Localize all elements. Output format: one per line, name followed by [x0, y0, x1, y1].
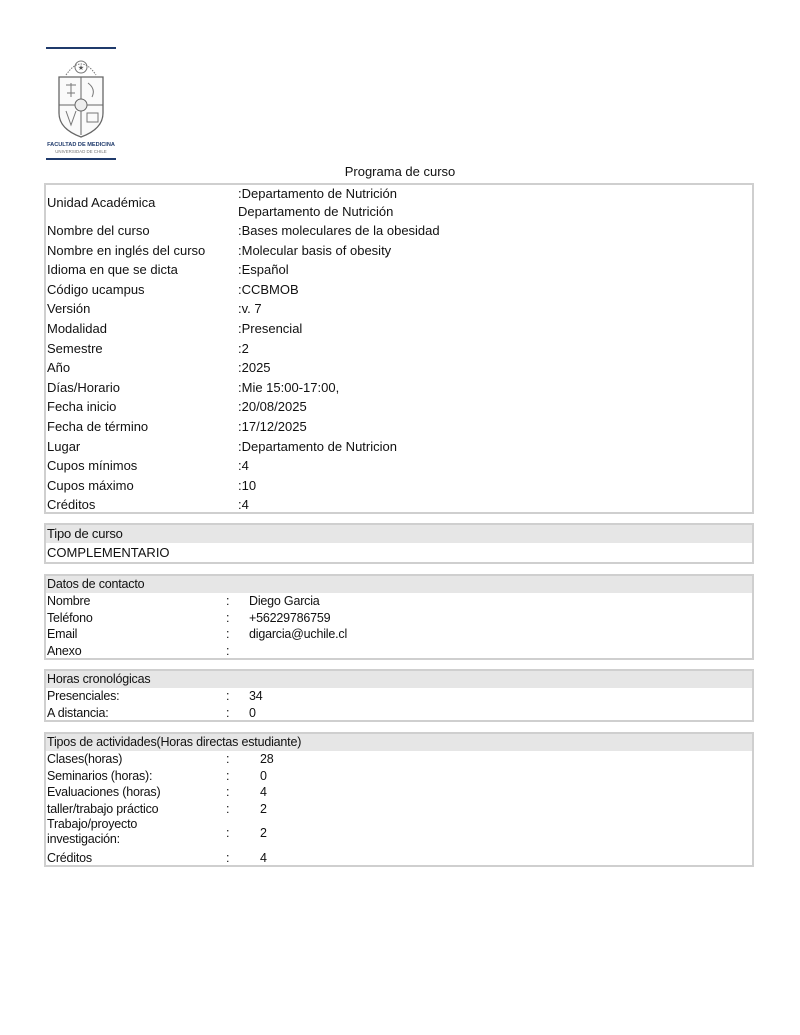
- course-type-value: COMPLEMENTARIO: [46, 543, 752, 562]
- table-row: Año:2025: [46, 358, 752, 378]
- field-label: Créditos: [47, 850, 92, 867]
- hours-section: Horas cronológicas Presenciales::34A dis…: [44, 669, 754, 722]
- section-header: Horas cronológicas: [46, 671, 752, 688]
- table-row: Evaluaciones (horas):4: [46, 784, 752, 801]
- field-value: :Mie 15:00-17:00,: [238, 378, 339, 398]
- field-label: Nombre del curso: [47, 221, 150, 241]
- field-value: :CCBMOB: [238, 280, 299, 300]
- field-label: Anexo: [47, 643, 81, 660]
- field-value: Diego Garcia: [249, 593, 320, 610]
- table-row: Nombre:Diego Garcia: [46, 593, 752, 610]
- field-value: 34: [249, 688, 263, 705]
- table-row: taller/trabajo práctico:2: [46, 801, 752, 818]
- table-row: Créditos:4: [46, 850, 752, 867]
- field-value: :20/08/2025: [238, 397, 307, 417]
- separator: :: [226, 610, 229, 627]
- field-label: Cupos mínimos: [47, 456, 137, 476]
- field-value: :Presencial: [238, 319, 302, 339]
- field-value: :2: [238, 339, 249, 359]
- separator: :: [226, 768, 229, 785]
- table-row: A distancia::0: [46, 705, 752, 722]
- field-value: :v. 7: [238, 299, 262, 319]
- field-label: Lugar: [47, 437, 80, 457]
- field-label: Email: [47, 626, 77, 643]
- field-value: 2: [260, 826, 267, 841]
- field-value: :4: [238, 495, 249, 515]
- separator: :: [226, 705, 229, 722]
- separator: :: [226, 688, 229, 705]
- table-row: Teléfono:+56229786759: [46, 610, 752, 627]
- activities-section: Tipos de actividades(Horas directas estu…: [44, 732, 754, 867]
- field-label: Fecha inicio: [47, 397, 116, 417]
- field-value: :Molecular basis of obesity: [238, 241, 391, 261]
- separator: :: [226, 751, 229, 768]
- table-row: Semestre:2: [46, 339, 752, 359]
- svg-text:UNIVERSIDAD DE CHILE: UNIVERSIDAD DE CHILE: [55, 149, 107, 154]
- field-label: Seminarios (horas):: [47, 768, 152, 785]
- course-info-table: Unidad Académica :Departamento de Nutric…: [44, 183, 754, 514]
- separator: :: [226, 643, 229, 660]
- table-row: Clases(horas):28: [46, 751, 752, 768]
- table-row: Versión:v. 7: [46, 299, 752, 319]
- table-row: Seminarios (horas)::0: [46, 768, 752, 785]
- table-row: Idioma en que se dicta:Español: [46, 260, 752, 280]
- unidad-label: Unidad Académica: [47, 193, 155, 213]
- svg-text:FACULTAD DE MEDICINA: FACULTAD DE MEDICINA: [47, 142, 115, 148]
- table-row: Nombre del curso:Bases moleculares de la…: [46, 221, 752, 241]
- field-value: :Español: [238, 260, 289, 280]
- table-row: Lugar:Departamento de Nutricion: [46, 437, 752, 457]
- faculty-logo: ★ FACULTAD DE MEDICINA UNIVERSIDAD DE CH…: [44, 45, 120, 161]
- separator: :: [226, 826, 229, 841]
- field-label: Modalidad: [47, 319, 107, 339]
- table-row: Fecha de término:17/12/2025: [46, 417, 752, 437]
- field-value: 4: [260, 850, 267, 867]
- table-row: Anexo:: [46, 643, 752, 660]
- university-crest-icon: ★ FACULTAD DE MEDICINA UNIVERSIDAD DE CH…: [44, 45, 120, 161]
- separator: :: [226, 593, 229, 610]
- field-label: Código ucampus: [47, 280, 145, 300]
- field-value: digarcia@uchile.cl: [249, 626, 347, 643]
- field-value: :10: [238, 476, 256, 496]
- field-label: Idioma en que se dicta: [47, 260, 178, 280]
- table-row: Trabajo/proyecto investigación::2: [46, 817, 752, 850]
- table-row: Cupos mínimos:4: [46, 456, 752, 476]
- field-value: 0: [249, 705, 256, 722]
- table-row: Fecha inicio:20/08/2025: [46, 397, 752, 417]
- field-label: Créditos: [47, 495, 95, 515]
- field-value: +56229786759: [249, 610, 330, 627]
- field-label: Semestre: [47, 339, 103, 359]
- field-value: 28: [260, 751, 274, 768]
- table-row: Presenciales::34: [46, 688, 752, 705]
- separator: :: [226, 801, 229, 818]
- table-row: Nombre en inglés del curso:Molecular bas…: [46, 241, 752, 261]
- field-label: Presenciales:: [47, 688, 119, 705]
- field-value: :17/12/2025: [238, 417, 307, 437]
- table-row: Email:digarcia@uchile.cl: [46, 626, 752, 643]
- course-type-section: Tipo de curso COMPLEMENTARIO: [44, 523, 754, 564]
- table-row: Días/Horario:Mie 15:00-17:00,: [46, 378, 752, 398]
- table-row: Cupos máximo:10: [46, 476, 752, 496]
- table-row: Código ucampus:CCBMOB: [46, 280, 752, 300]
- field-label: Días/Horario: [47, 378, 120, 398]
- section-header: Datos de contacto: [46, 576, 752, 593]
- field-label: Nombre: [47, 593, 90, 610]
- contact-section: Datos de contacto Nombre:Diego GarciaTel…: [44, 574, 754, 660]
- separator: :: [226, 626, 229, 643]
- field-label: Versión: [47, 299, 90, 319]
- field-label: taller/trabajo práctico: [47, 801, 158, 818]
- field-value: 2: [260, 801, 267, 818]
- page-title: Programa de curso: [0, 164, 800, 179]
- field-label: Cupos máximo: [47, 476, 134, 496]
- separator: :: [226, 850, 229, 867]
- field-label: Nombre en inglés del curso: [47, 241, 205, 261]
- field-value: 0: [260, 768, 267, 785]
- table-row: Créditos:4: [46, 495, 752, 515]
- field-label: Clases(horas): [47, 751, 122, 768]
- field-label: Teléfono: [47, 610, 93, 627]
- field-label: Fecha de término: [47, 417, 148, 437]
- field-value: :Departamento de Nutricion: [238, 437, 397, 457]
- section-header: Tipo de curso: [46, 525, 752, 543]
- table-row: Unidad Académica :Departamento de Nutric…: [46, 185, 752, 221]
- unidad-value-2: Departamento de Nutrición: [238, 202, 393, 222]
- field-value: :Bases moleculares de la obesidad: [238, 221, 440, 241]
- svg-text:★: ★: [78, 64, 84, 72]
- field-label: Trabajo/proyecto investigación:: [47, 817, 167, 847]
- field-value: :2025: [238, 358, 271, 378]
- field-value: 4: [260, 784, 267, 801]
- unidad-value: :Departamento de Nutrición: [238, 184, 397, 204]
- field-label: Año: [47, 358, 70, 378]
- field-value: :4: [238, 456, 249, 476]
- table-row: Modalidad:Presencial: [46, 319, 752, 339]
- separator: :: [226, 784, 229, 801]
- field-label: A distancia:: [47, 705, 109, 722]
- section-header: Tipos de actividades(Horas directas estu…: [46, 734, 752, 751]
- field-label: Evaluaciones (horas): [47, 784, 160, 801]
